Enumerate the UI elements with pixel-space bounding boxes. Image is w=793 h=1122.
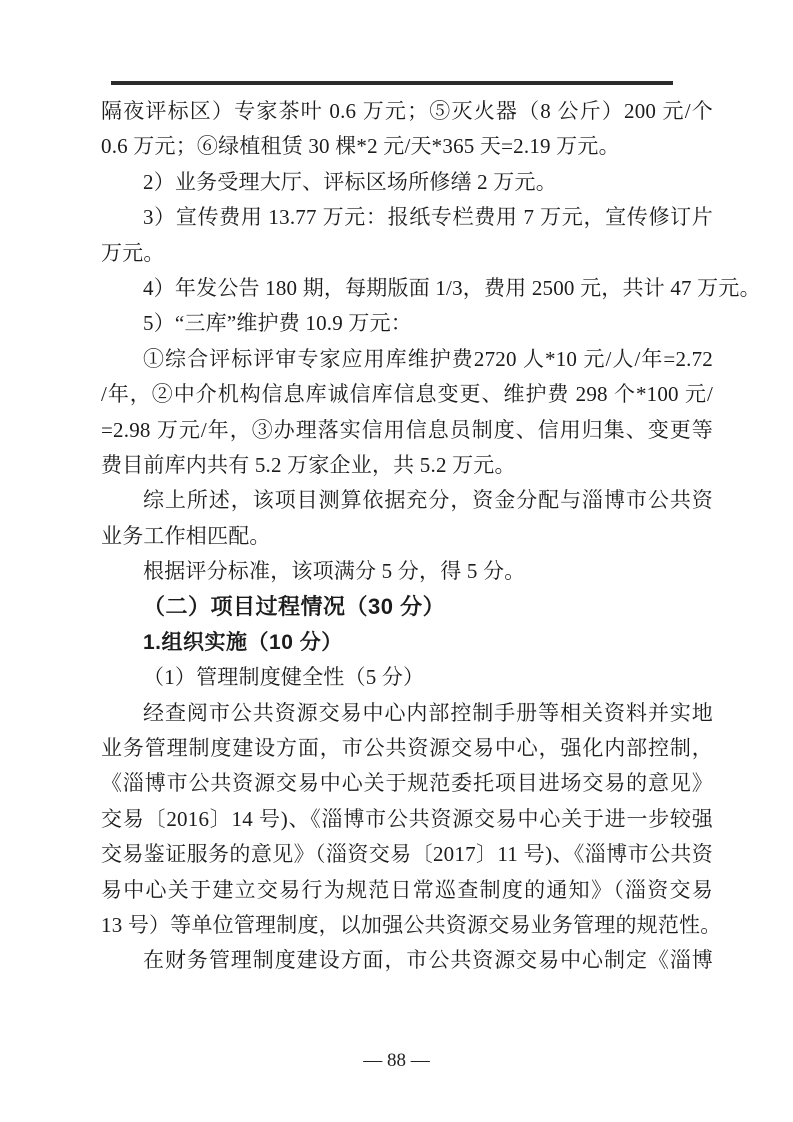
text-line: 2）业务受理大厅、评标区场所修缮 2 万元。 — [101, 165, 713, 200]
text-line: 交易鉴证服务的意见》（淄资交易〔2017〕11 号)、《淄博市公共资源交 — [101, 837, 713, 872]
text-line: 根据评分标准，该项满分 5 分，得 5 分。 — [101, 554, 713, 589]
text-line: =2.98 万元/年，③办理落实信用信息员制度、信用归集、变更等维护 — [101, 413, 713, 448]
page-footer: — 88 — — [0, 1048, 793, 1074]
text-line: 业务工作相匹配。 — [101, 519, 713, 554]
document-body: 隔夜评标区）专家茶叶 0.6 万元；⑤灭火器（8 公斤）200 元/个*30＝0… — [101, 94, 713, 979]
text-line: 隔夜评标区）专家茶叶 0.6 万元；⑤灭火器（8 公斤）200 元/个*30＝ — [101, 94, 713, 129]
text-line: 业务管理制度建设方面，市公共资源交易中心，强化内部控制，制定 — [101, 731, 713, 766]
text-line: 费目前库内共有 5.2 万家企业，共 5.2 万元。 — [101, 448, 713, 483]
page-number: — 88 — — [363, 1050, 430, 1071]
text-line: 13 号）等单位管理制度，以加强公共资源交易业务管理的规范性。 — [101, 908, 713, 943]
text-line: 交易〔2016〕14 号)、《淄博市公共资源交易中心关于进一步较强和规范 — [101, 802, 713, 837]
text-line: 4）年发公告 180 期，每期版面 1/3，费用 2500 元，共计 47 万元… — [101, 271, 713, 306]
header-rule — [111, 81, 673, 85]
heading-line: 1.组织实施（10 分） — [101, 625, 713, 660]
text-line: （1）管理制度健全性（5 分） — [101, 660, 713, 695]
text-line: 万元。 — [101, 236, 713, 271]
text-line: 经查阅市公共资源交易中心内部控制手册等相关资料并实地核查，在 — [101, 696, 713, 731]
text-line: 5）“三库”维护费 10.9 万元： — [101, 306, 713, 341]
document-page: 隔夜评标区）专家茶叶 0.6 万元；⑤灭火器（8 公斤）200 元/个*30＝0… — [0, 0, 793, 1122]
text-line: 0.6 万元；⑥绿植租赁 30 棵*2 元/天*365 天=2.19 万元。 — [101, 129, 713, 164]
text-line: 易中心关于建立交易行为规范日常巡查制度的通知》（淄资交易〔2018〕 — [101, 873, 713, 908]
text-line: /年，②中介机构信息库诚信库信息变更、维护费 298 个*100 元/个/年 — [101, 377, 713, 412]
heading-line: （二）项目过程情况（30 分） — [101, 589, 713, 624]
text-line: 综上所述，该项目测算依据充分，资金分配与淄博市公共资源交易 中心 — [101, 483, 713, 518]
text-line: 3）宣传费用 13.77 万元：报纸专栏费用 7 万元，宣传修订片 6.77 — [101, 200, 713, 235]
text-line: ①综合评标评审专家应用库维护费2720 人*10 元/人/年=2.72 万元 — [101, 342, 713, 377]
text-line: 《淄博市公共资源交易中心关于规范委托项目进场交易的意见》（淄资 — [101, 766, 713, 801]
text-line: 在财务管理制度建设方面，市公共资源交易中心制定《淄博市公共 — [101, 943, 713, 978]
